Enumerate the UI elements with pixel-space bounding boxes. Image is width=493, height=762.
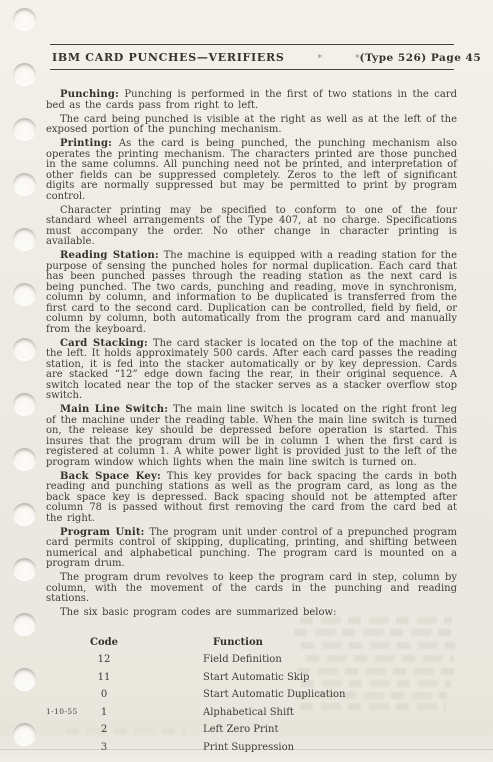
paragraph-main-line-switch: Main Line Switch: The main line switch i… bbox=[46, 405, 457, 468]
binder-hole bbox=[13, 448, 36, 471]
paragraph: The six basic program codes are summariz… bbox=[46, 608, 457, 619]
binder-hole bbox=[13, 393, 36, 416]
paragraph: Character printing may be specified to c… bbox=[46, 206, 457, 248]
binder-hole bbox=[13, 283, 36, 306]
function-cell: Alphabetical Shift bbox=[203, 704, 294, 722]
table-row: 0 Start Automatic Duplication bbox=[46, 686, 457, 704]
binder-hole bbox=[13, 613, 36, 636]
paragraph-lead: Back Space Key: bbox=[60, 471, 161, 482]
function-cell: Start Automatic Skip bbox=[203, 669, 309, 687]
table-header-row: Code Function bbox=[46, 634, 457, 652]
binder-hole bbox=[13, 173, 36, 196]
table-header-code: Code bbox=[89, 634, 119, 652]
function-cell: Left Zero Print bbox=[203, 721, 278, 739]
footer-date-code: 1-10-55 bbox=[46, 707, 78, 716]
code-cell: 0 bbox=[89, 686, 119, 704]
binder-hole bbox=[13, 8, 36, 31]
binder-hole bbox=[13, 338, 36, 361]
paragraph-body: The card stacker is located on the top o… bbox=[46, 338, 457, 402]
scanned-manual-page: IBM CARD PUNCHES—VERIFIERS * * (Type 526… bbox=[0, 0, 493, 762]
paragraph-printing: Printing: As the card is being punched, … bbox=[46, 139, 457, 202]
table-header-function: Function bbox=[213, 634, 263, 652]
paragraph-body: The program drum revolves to keep the pr… bbox=[46, 572, 457, 604]
code-cell: 3 bbox=[89, 739, 119, 757]
page-bottom-edge bbox=[0, 749, 493, 750]
paragraph-body: As the card is being punched, the punchi… bbox=[46, 138, 457, 202]
header-title: IBM CARD PUNCHES—VERIFIERS bbox=[52, 51, 284, 64]
table-row: 12 Field Definition bbox=[46, 651, 457, 669]
binder-hole bbox=[13, 228, 36, 251]
code-cell: 11 bbox=[89, 669, 119, 687]
code-cell: 1 bbox=[89, 704, 119, 722]
table-row: 3 Print Suppression bbox=[46, 739, 457, 757]
binder-hole bbox=[13, 668, 36, 691]
code-cell: 2 bbox=[89, 721, 119, 739]
paragraph-body: The six basic program codes are summariz… bbox=[60, 607, 336, 618]
binder-hole bbox=[13, 503, 36, 526]
paragraph-body: The machine is equipped with a reading s… bbox=[46, 250, 457, 335]
binder-hole bbox=[13, 63, 36, 86]
binder-hole bbox=[13, 723, 36, 746]
function-cell: Start Automatic Duplication bbox=[203, 686, 345, 704]
paragraph-lead: Program Unit: bbox=[60, 527, 145, 538]
function-cell: Field Definition bbox=[203, 651, 282, 669]
table-row: 11 Start Automatic Skip bbox=[46, 669, 457, 687]
paragraph-back-space-key: Back Space Key: This key provides for ba… bbox=[46, 472, 457, 525]
paragraph-lead: Card Stacking: bbox=[60, 338, 148, 349]
paragraph-body: The main line switch is located on the r… bbox=[46, 404, 457, 468]
body-text: Punching: Punching is performed in the f… bbox=[46, 90, 457, 619]
table-row: 2 Left Zero Print bbox=[46, 721, 457, 739]
function-cell: Print Suppression bbox=[203, 739, 294, 757]
page-content: IBM CARD PUNCHES—VERIFIERS * * (Type 526… bbox=[46, 0, 457, 756]
paragraph-lead: Punching: bbox=[60, 89, 119, 100]
paragraph-lead: Reading Station: bbox=[60, 250, 159, 261]
paragraph-program-unit: Program Unit: The program unit under con… bbox=[46, 528, 457, 570]
paragraph-body: The card being punched is visible at the… bbox=[46, 114, 457, 136]
revision-mark: * bbox=[317, 54, 322, 64]
running-header: IBM CARD PUNCHES—VERIFIERS * * (Type 526… bbox=[50, 44, 454, 70]
paragraph-punching: Punching: Punching is performed in the f… bbox=[46, 90, 457, 111]
table-row: 1 Alphabetical Shift bbox=[46, 704, 457, 722]
code-cell: 12 bbox=[89, 651, 119, 669]
paragraph-lead: Main Line Switch: bbox=[60, 404, 168, 415]
binder-hole bbox=[13, 118, 36, 141]
paragraph-card-stacking: Card Stacking: The card stacker is locat… bbox=[46, 339, 457, 402]
paragraph: The program drum revolves to keep the pr… bbox=[46, 573, 457, 605]
paragraph: The card being punched is visible at the… bbox=[46, 115, 457, 136]
paragraph-reading-station: Reading Station: The machine is equipped… bbox=[46, 251, 457, 335]
paragraph-body: Character printing may be specified to c… bbox=[46, 205, 457, 248]
binder-hole bbox=[13, 558, 36, 581]
program-codes-table: Code Function 12 Field Definition 11 Sta… bbox=[46, 634, 457, 757]
header-type-page: (Type 526) Page 45 bbox=[359, 52, 481, 64]
paragraph-lead: Printing: bbox=[60, 138, 112, 149]
